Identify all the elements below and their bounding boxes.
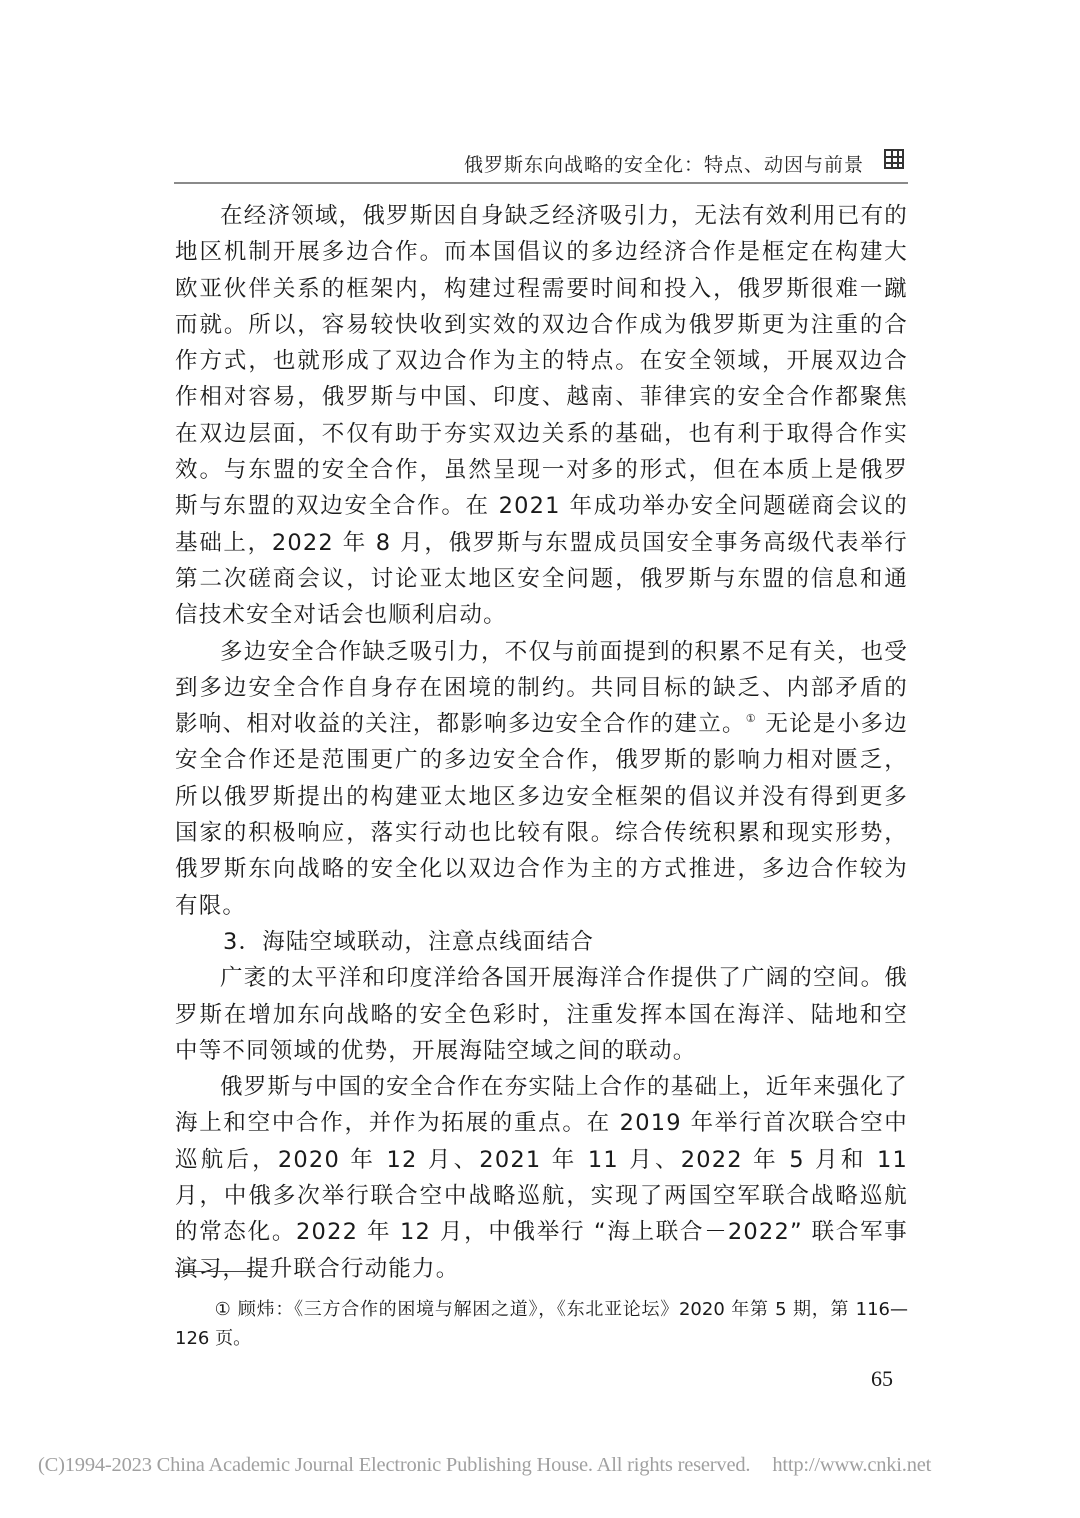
cnki-link[interactable]: http://www.cnki.net <box>772 1454 931 1476</box>
page-number: 65 <box>871 1366 893 1392</box>
footnote: ① 顾炜：《三方合作的困境与解困之道》，《东北亚论坛》2020 年第 5 期，第… <box>175 1295 908 1353</box>
section-heading: 3．海陆空域联动，注意点线面结合 <box>175 924 908 960</box>
paragraph-text: 无论是小多边安全合作还是范围更广的多边安全合作，俄罗斯的影响力相对匮乏，所以俄罗… <box>175 711 908 918</box>
paragraph: 俄罗斯与中国的安全合作在夯实陆上合作的基础上，近年来强化了海上和空中合作，并作为… <box>175 1069 908 1287</box>
copyright-line: (C)1994-2023 China Academic Journal Elec… <box>38 1454 1048 1477</box>
footnote-reference[interactable]: ① <box>746 712 757 725</box>
paragraph: 在经济领域，俄罗斯因自身缺乏经济吸引力，无法有效利用已有的地区机制开展多边合作。… <box>175 198 908 634</box>
running-title: 俄罗斯东向战略的安全化：特点、动因与前景 <box>464 150 864 177</box>
article-body: 在经济领域，俄罗斯因自身缺乏经济吸引力，无法有效利用已有的地区机制开展多边合作。… <box>175 198 908 1287</box>
footnote-divider <box>175 1271 265 1272</box>
running-header: 俄罗斯东向战略的安全化：特点、动因与前景 <box>174 146 908 184</box>
paragraph: 多边安全合作缺乏吸引力，不仅与前面提到的积累不足有关，也受到多边安全合作自身存在… <box>175 634 908 924</box>
journal-emblem-icon <box>884 149 904 169</box>
paragraph: 广袤的太平洋和印度洋给各国开展海洋合作提供了广阔的空间。俄罗斯在增加东向战略的安… <box>175 960 908 1069</box>
copyright-notice: (C)1994-2023 China Academic Journal Elec… <box>38 1454 750 1476</box>
